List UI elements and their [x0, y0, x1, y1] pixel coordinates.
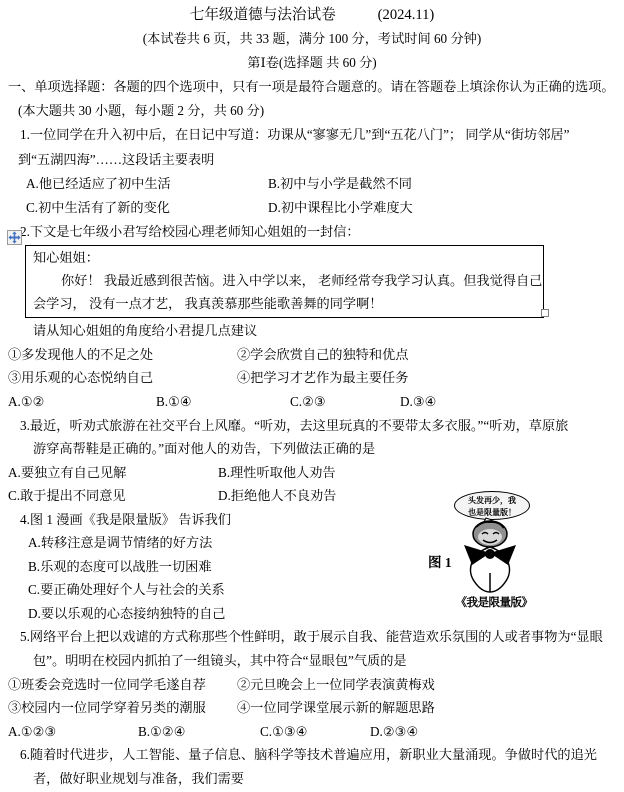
q5-stem-line-2: 包”。明明在校园内抓拍了一组镜头，其中符合“显眼包”气质的是: [33, 649, 624, 673]
figure-caption: 《我是限量版》: [448, 594, 540, 610]
q2-prompt: 请从知心姐姐的角度给小君提几点建议: [33, 319, 624, 343]
section-heading: 第Ⅰ卷(选择题 共 60 分): [0, 51, 624, 75]
q3-stem-line-2: 游穿高帮鞋是正确的。”面对他人的劝告，下列做法正确的是: [33, 437, 624, 461]
q3-stem-line-1: 3.最近，听劝式旅游在社交平台上风靡。“听劝，去这里玩真的不要带太多衣服。”“听…: [20, 414, 624, 438]
q3-options-row-1: A.要独立有自己见解B.理性听取他人劝告: [8, 461, 624, 485]
exam-meta: (本试卷共 6 页，共 33 题，满分 100 分，考试时间 60 分钟): [0, 27, 624, 51]
q3-option-c: C.敢于提出不同意见: [8, 484, 218, 508]
cartoon-figure-1: 头发再少，我 也是限量版！ 图 1 《我是限量版》: [428, 491, 554, 617]
q2-options-row: A.①②B.①④C.②③D.③④: [8, 390, 624, 414]
q5-stem-line-1: 5.网络平台上把以戏谑的方式称那些个性鲜明，敢于展示自我、能营造欢乐氛围的人或者…: [20, 625, 624, 649]
q2-option-b: B.①④: [156, 390, 290, 414]
directions-line-2: (本大题共 30 小题，每小题 2 分，共 60 分): [18, 99, 624, 123]
q1-option-d: D.初中课程比小学难度大: [268, 196, 413, 220]
q2-stem: 2.下文是七年级小君写给校园心理老师知心姐姐的一封信：: [20, 220, 624, 244]
q5-items-row-2: ③校园内一位同学穿着另类的潮服④一位同学课堂展示新的解题思路: [8, 696, 624, 720]
q6-stem-line-2: 者，做好职业规划与准备，我们需要: [33, 767, 624, 791]
q5-items-row-1: ①班委会竞选时一位同学毛遂自荐②元旦晚会上一位同学表演黄梅戏: [8, 673, 624, 697]
q2-option-d: D.③④: [400, 390, 436, 414]
q2-item-4: ④把学习才艺作为最主要任务: [237, 366, 408, 390]
q3-option-b: B.理性听取他人劝告: [218, 461, 336, 485]
letter-body-line-2: 会学习， 没有一点才艺， 我真羡慕那些能歌善舞的同学啊！: [33, 293, 537, 316]
cartoon-person-icon: [456, 517, 528, 593]
q5-item-2: ②元旦晚会上一位同学表演黄梅戏: [237, 673, 435, 697]
q1-option-c: C.初中生活有了新的变化: [26, 196, 268, 220]
speech-bubble: 头发再少，我 也是限量版！: [454, 491, 530, 520]
q1-option-b: B.初中与小学是截然不同: [268, 172, 412, 196]
q3-option-a: A.要独立有自己见解: [8, 461, 218, 485]
figure-label: 图 1: [428, 551, 452, 571]
q1-options-row-2: C.初中生活有了新的变化D.初中课程比小学难度大: [26, 196, 624, 220]
q5-item-3: ③校园内一位同学穿着另类的潮服: [8, 696, 237, 720]
letter-textbox[interactable]: 知心姐姐： 你好！ 我最近感到很苦恼。进入中学以来， 老师经常夸我学习认真。但我…: [25, 245, 544, 318]
page-title: 七年级道德与法治试卷: [190, 7, 336, 23]
speech-bubble-line-1: 头发再少，我: [455, 495, 529, 507]
q1-stem-line-1: 1.一位同学在升入初中后，在日记中写道：功课从“寥寥无几”到“五花八门”； 同学…: [20, 123, 624, 147]
directions-line-1: 一、单项选择题：各题的四个选项中，只有一项是最符合题意的。请在答题卷上填涂你认为…: [8, 75, 624, 99]
move-icon: [8, 231, 21, 244]
q2-item-1: ①多发现他人的不足之处: [8, 343, 237, 367]
q2-items-row-1: ①多发现他人的不足之处②学会欣赏自己的独特和优点: [8, 343, 624, 367]
q5-item-1: ①班委会竞选时一位同学毛遂自荐: [8, 673, 237, 697]
q2-item-3: ③用乐观的心态悦纳自己: [8, 366, 237, 390]
textbox-move-handle[interactable]: [7, 230, 22, 245]
q2-item-2: ②学会欣赏自己的独特和优点: [237, 343, 408, 367]
textbox-resize-handle[interactable]: [541, 309, 549, 317]
page-title-row: 七年级道德与法治试卷(2024.11): [0, 3, 624, 27]
q2-items-row-2: ③用乐观的心态悦纳自己④把学习才艺作为最主要任务: [8, 366, 624, 390]
exam-date: (2024.11): [378, 7, 435, 23]
q5-option-b: B.①②④: [138, 720, 260, 744]
q1-stem-line-2: 到“五湖四海”……这段话主要表明: [18, 148, 624, 172]
exam-page: 七年级道德与法治试卷(2024.11) (本试卷共 6 页，共 33 题，满分 …: [0, 0, 624, 792]
q6-stem-line-1: 6.随着时代进步，人工智能、量子信息、脑科学等技术普遍应用，新职业大量涌现。争做…: [20, 743, 624, 767]
q1-option-a: A.他已经适应了初中生活: [26, 172, 268, 196]
q5-option-d: D.②③④: [370, 720, 418, 744]
q5-item-4: ④一位同学课堂展示新的解题思路: [237, 696, 435, 720]
q2-option-c: C.②③: [290, 390, 400, 414]
q5-option-a: A.①②③: [8, 720, 138, 744]
letter-body-line-1: 你好！ 我最近感到很苦恼。进入中学以来， 老师经常夸我学习认真。但我觉得自己只: [33, 270, 537, 293]
q5-option-c: C.①③④: [260, 720, 370, 744]
q2-option-a: A.①②: [8, 390, 156, 414]
letter-salutation: 知心姐姐：: [33, 247, 537, 270]
q1-options-row-1: A.他已经适应了初中生活B.初中与小学是截然不同: [26, 172, 624, 196]
q3-option-d: D.拒绝他人不良劝告: [218, 484, 336, 508]
q5-options-row: A.①②③B.①②④C.①③④D.②③④: [8, 720, 624, 744]
